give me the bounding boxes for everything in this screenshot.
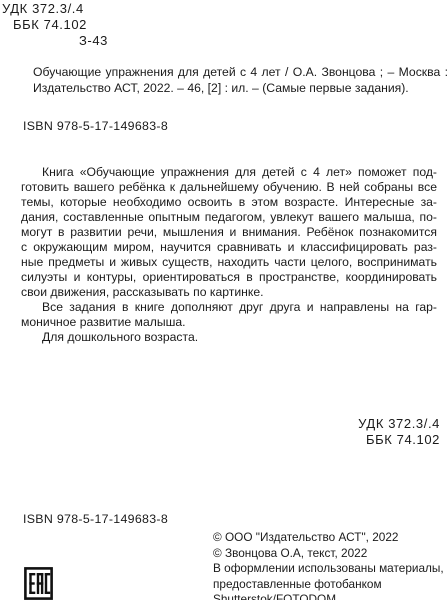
annotation-line: Книга «Обучающие упражнения для детей с …: [21, 165, 437, 180]
author-sign-code: З-43: [2, 33, 114, 49]
udk-code: УДК 372.3/.4: [2, 1, 114, 17]
annotation-line: могут в развитии речи, мышления и вниман…: [21, 225, 437, 240]
copyright-line: Shutterstok/FOTODOM: [213, 592, 445, 600]
annotation-line: моничное развитие малыша.: [21, 315, 437, 330]
annotation-text: Книга «Обучающие упражнения для детей с …: [21, 165, 437, 345]
copyright-block: © ООО "Издательство АСТ", 2022 © Звонцов…: [213, 530, 445, 600]
annotation-line: силуэты и контуры, ориентироваться в про…: [21, 270, 437, 285]
bibliographic-entry: Обучающие упражнения для детей с 4 лет /…: [33, 64, 448, 96]
bibliographic-line: Издательство АСТ, 2022. – 46, [2] : ил. …: [33, 80, 448, 96]
copyright-line: предоставленные фотобанком: [213, 577, 445, 593]
annotation-line: темы, которые необходимо освоить в этом …: [21, 195, 437, 210]
annotation-line: с окружающим миром, научится сравнивать …: [21, 240, 437, 255]
isbn-top: ISBN 978-5-17-149683-8: [23, 119, 168, 133]
bbk-code: ББК 74.102: [358, 432, 440, 448]
annotation-line: ные предметы и живых существ, находить ч…: [21, 255, 437, 270]
book-imprint-page: УДК 372.3/.4 ББК 74.102 З-43 Обучающие у…: [0, 0, 448, 600]
annotation-line: Для дошкольного возраста.: [21, 330, 437, 345]
copyright-line: © ООО "Издательство АСТ", 2022: [213, 530, 445, 546]
copyright-line: В оформлении использованы материалы,: [213, 561, 445, 577]
annotation-line: Все задания в книге дополняют друг друга…: [21, 300, 437, 315]
eac-conformity-mark-icon: [24, 567, 53, 600]
udk-code: УДК 372.3/.4: [358, 416, 440, 432]
isbn-bottom: ISBN 978-5-17-149683-8: [23, 512, 168, 526]
annotation-line: готовить вашего ребёнка к дальнейшему об…: [21, 180, 437, 195]
classification-codes-top: УДК 372.3/.4 ББК 74.102 З-43: [2, 1, 114, 49]
annotation-line: дания, составленные опытным педагогом, у…: [21, 210, 437, 225]
bbk-code: ББК 74.102: [2, 17, 114, 33]
classification-codes-bottom: УДК 372.3/.4 ББК 74.102: [358, 416, 440, 448]
bibliographic-line: Обучающие упражнения для детей с 4 лет /…: [33, 64, 448, 80]
annotation-line: свои движения, рассказывать по картинке.: [21, 285, 437, 300]
copyright-line: © Звонцова О.А, текст, 2022: [213, 546, 445, 562]
